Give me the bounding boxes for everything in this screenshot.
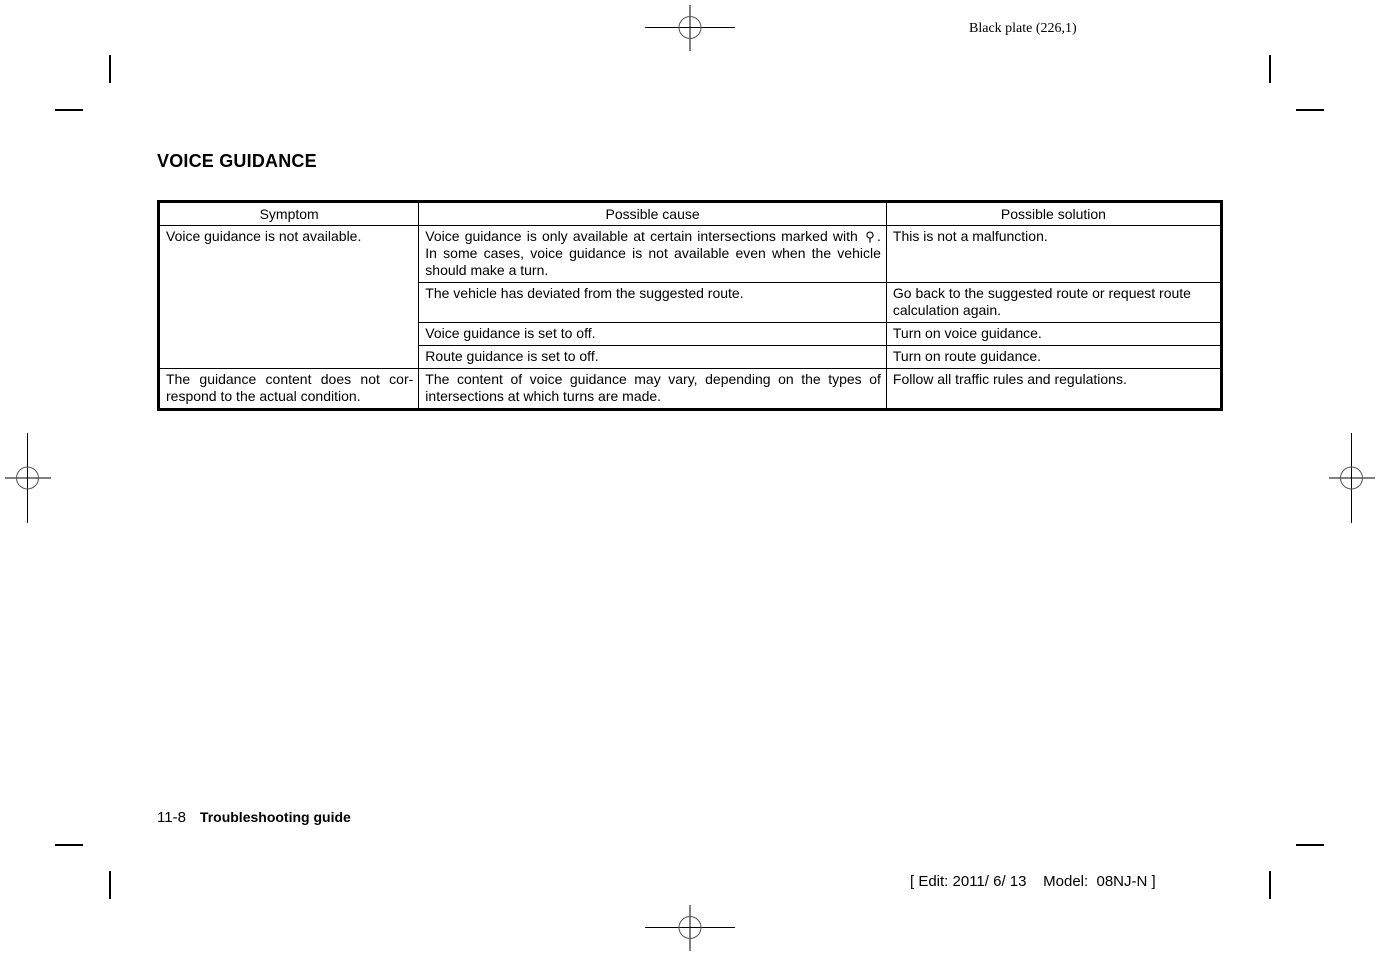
table-row: Voice guidance is not available. Voice g…	[159, 226, 1222, 283]
column-header-cause: Possible cause	[419, 202, 887, 226]
solution-cell: Follow all traffic rules and regulations…	[886, 369, 1221, 410]
troubleshooting-table: Symptom Possible cause Possible solution…	[157, 200, 1223, 411]
cause-text: Voice guidance is only available at cert…	[425, 228, 858, 244]
crop-mark-top-left-vertical	[109, 55, 111, 83]
symptom-cell: Voice guidance is not available.	[159, 226, 419, 369]
symptom-cell: The guidance content does not cor-respon…	[159, 369, 419, 410]
crop-mark-top-right-vertical	[1269, 55, 1271, 83]
map-pin-icon: ⚲	[863, 228, 877, 245]
cause-cell: Voice guidance is set to off.	[419, 323, 887, 346]
cause-cell: The vehicle has deviated from the sugges…	[419, 283, 887, 323]
page-footer: 11-8Troubleshooting guide	[157, 809, 351, 826]
solution-cell: Turn on route guidance.	[886, 346, 1221, 369]
crop-mark-bottom-right-horizontal	[1296, 844, 1324, 846]
solution-cell: This is not a malfunction.	[886, 226, 1221, 283]
registration-mark-top-icon	[645, 5, 735, 51]
registration-mark-bottom-icon	[645, 905, 735, 951]
crop-mark-top-left-horizontal	[55, 109, 83, 111]
table-header-row: Symptom Possible cause Possible solution	[159, 202, 1222, 226]
section-name: Troubleshooting guide	[200, 809, 351, 825]
registration-mark-right-icon	[1329, 433, 1375, 523]
column-header-symptom: Symptom	[159, 202, 419, 226]
cause-cell: The content of voice guidance may vary, …	[419, 369, 887, 410]
registration-mark-left-icon	[5, 433, 51, 523]
solution-cell: Turn on voice guidance.	[886, 323, 1221, 346]
crop-mark-bottom-left-horizontal	[55, 844, 83, 846]
crop-mark-bottom-left-vertical	[109, 871, 111, 899]
table-row: The guidance content does not cor-respon…	[159, 369, 1222, 410]
crop-mark-top-right-horizontal	[1296, 109, 1324, 111]
section-title: VOICE GUIDANCE	[157, 151, 317, 172]
plate-label: Black plate (226,1)	[969, 21, 1077, 37]
crop-mark-bottom-right-vertical	[1269, 871, 1271, 899]
cause-cell: Route guidance is set to off.	[419, 346, 887, 369]
edit-info: [ Edit: 2011/ 6/ 13 Model: 08NJ-N ]	[910, 873, 1156, 890]
solution-cell: Go back to the suggested route or reques…	[886, 283, 1221, 323]
column-header-solution: Possible solution	[886, 202, 1221, 226]
cause-cell: Voice guidance is only available at cert…	[419, 226, 887, 283]
page-number: 11-8	[157, 809, 186, 826]
